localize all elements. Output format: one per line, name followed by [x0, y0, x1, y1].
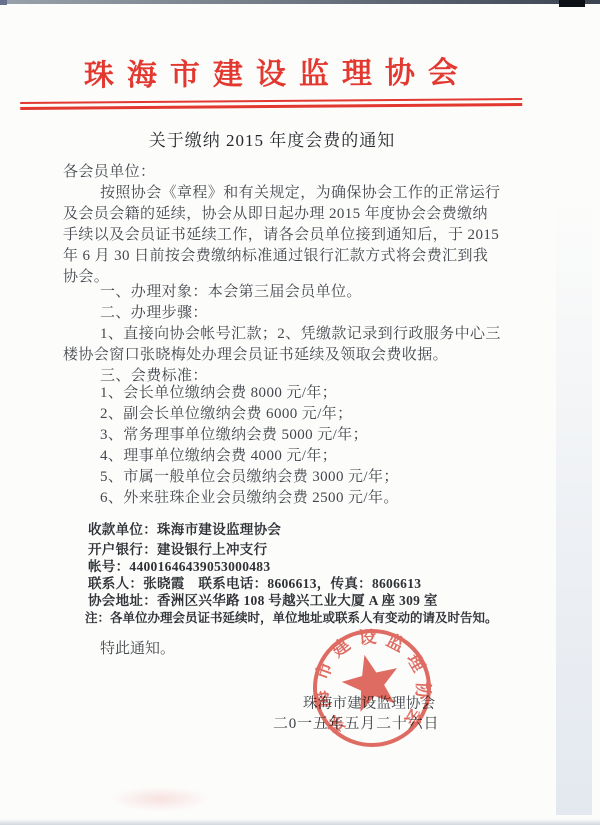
letterhead: 珠海市建设监理协会	[20, 47, 522, 110]
text-line: 按照协会《章程》和有关规定，为确保协会工作的正常运行	[63, 183, 483, 204]
scan-artifact-blob	[559, 0, 585, 7]
text-line: 3、常务理事单位缴纳会费 5000 元/年；	[63, 425, 483, 446]
letterhead-double-rule	[20, 98, 522, 110]
text-line: 各会员单位：	[63, 162, 483, 183]
text-line: 帐号：44001646439053000483	[88, 558, 438, 575]
text-line: 5、市属一般单位会员缴纳会费 3000 元/年；	[63, 467, 483, 488]
text-line: 收款单位：珠海市建设监理协会	[88, 521, 438, 538]
text-line: 1、会长单位缴纳会费 8000 元/年；	[63, 383, 483, 404]
star-icon	[337, 648, 405, 714]
payment-info: 收款单位：珠海市建设监理协会开户银行：建设银行上冲支行帐号：4400164643…	[88, 521, 438, 609]
document-title: 关于缴纳 2015 年度会费的通知	[22, 126, 522, 151]
text-line: 联系人：张晓霞 联系电话：8606613，传真：8606613	[88, 575, 438, 592]
body-text: 各会员单位：按照协会《章程》和有关规定，为确保协会工作的正常运行及会员会籍的延续…	[63, 162, 483, 509]
scan-artifact-corner	[0, 0, 7, 5]
letterhead-org-name: 珠海市建设监理协会	[20, 47, 522, 95]
text-line: 4、理事单位缴纳会费 4000 元/年；	[63, 446, 483, 467]
text-line: 一、办理对象：本会第三届会员单位。	[63, 282, 483, 303]
text-line: 手续以及会员证书延续工作，请各会员单位接到通知后，于 2015	[63, 225, 483, 246]
text-line: 二、办理步骤：	[63, 303, 483, 324]
note-line: 注：各单位办理会员证书延续时，单位地址或联系人有变动的请及时告知。	[85, 608, 498, 626]
text-line: 楼协会窗口张晓梅处办理会员证书延续及领取会费收据。	[63, 345, 483, 366]
text-line: 2、副会长单位缴纳会费 6000 元/年；	[63, 404, 483, 425]
text-line: 年 6 月 30 日前按会费缴纳标准通过银行汇款方式将会费汇到我	[63, 246, 483, 267]
text-line: 协会地址：香洲区兴华路 108 号越兴工业大厦 A 座 309 室	[88, 592, 438, 609]
scan-artifact-ink-smudge	[110, 786, 210, 812]
official-seal: 珠海市建设监理协会	[300, 616, 443, 759]
scan-artifact-right-band	[556, 190, 592, 815]
scanned-notice-page: 珠海市建设监理协会 关于缴纳 2015 年度会费的通知 各会员单位：按照协会《章…	[0, 0, 600, 825]
text-line: 及会员会籍的延续，协会从即日起办理 2015 年度协会会费缴纳	[63, 204, 483, 225]
text-line: 6、外来驻珠企业会员缴纳会费 2500 元/年。	[63, 488, 483, 509]
text-line: 开户银行：建设银行上冲支行	[88, 541, 438, 558]
closing-line: 特此通知。	[100, 637, 175, 658]
text-line: 1、直接向协会帐号汇款；2、凭缴款记录到行政服务中心三	[63, 324, 483, 345]
scan-artifact-top-edge	[0, 0, 600, 4]
scan-artifact-bottom-shade	[0, 819, 600, 825]
